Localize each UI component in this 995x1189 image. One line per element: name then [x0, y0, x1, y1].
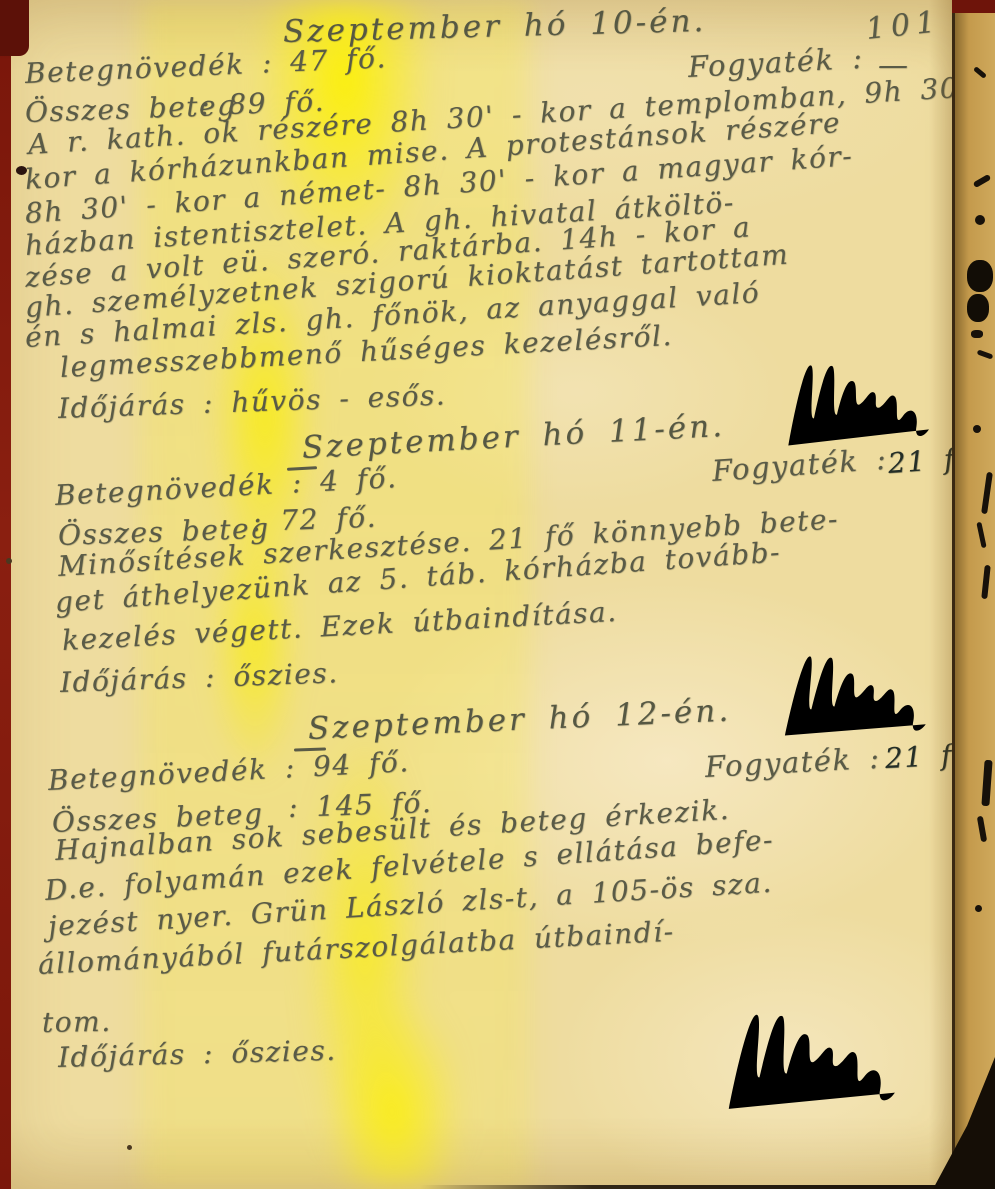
hole-punch-dot [16, 166, 27, 175]
ink-mark [973, 66, 987, 79]
paper-speck [6, 558, 12, 564]
entry3-signature [709, 995, 910, 1117]
entry2-signature [773, 639, 934, 744]
entry3-weather: Időjárás : őszies. [58, 1034, 337, 1074]
ink-mark [975, 905, 982, 912]
entry3-body-line5: tom. [42, 1005, 112, 1039]
entry2-title: Szeptember hó 11-én. [301, 408, 726, 466]
entry1-signature [769, 346, 943, 452]
ink-mark [971, 330, 983, 338]
top-left-dark-corner [0, 0, 29, 56]
ink-stroke [981, 565, 991, 599]
ink-stroke [981, 760, 992, 806]
ink-mark [973, 174, 992, 188]
ink-blob [967, 294, 989, 322]
ink-mark [975, 215, 985, 225]
left-page-edge [0, 0, 11, 1189]
binding-edge [952, 0, 995, 1189]
entry1-weather: Időjárás : hűvös - esős. [57, 378, 446, 425]
entry3-loss-label: Fogyaték : [704, 741, 881, 784]
ink-stroke [976, 522, 986, 548]
entry1-gain: Betegnövedék : 47 fő. [24, 41, 387, 90]
bottom-edge-line [420, 1185, 995, 1189]
entry2-loss-label: Fogyaték : [711, 442, 889, 488]
ink-blob [967, 260, 993, 292]
entry2-weather: Időjárás : őszies. [59, 656, 339, 699]
diary-page: 101 Szeptember hó 10-én. Fogyaték : — Be… [0, 0, 995, 1189]
ink-stroke [981, 472, 993, 514]
ink-stroke [977, 816, 987, 843]
paper-speck [127, 1145, 132, 1150]
ink-mark [973, 425, 981, 433]
entry3-title: Szeptember hó 12-én. [307, 693, 732, 747]
ink-mark [977, 349, 994, 359]
